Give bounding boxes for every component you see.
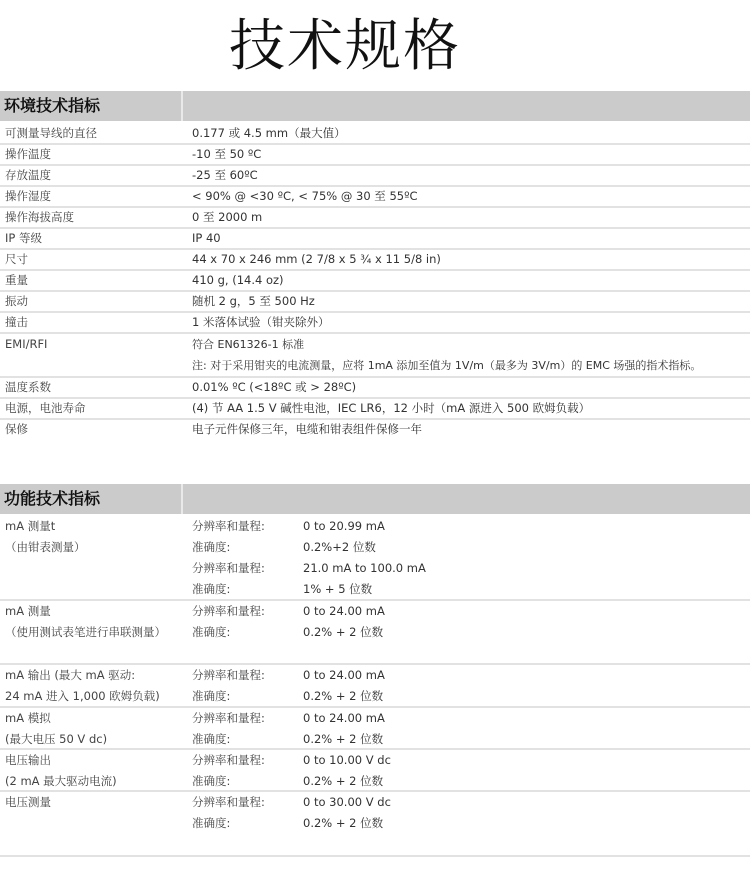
spec-line: 分辨率和量程:0 to 10.00 V dc <box>192 750 750 771</box>
spec-line: 分辨率和量程:21.0 mA to 100.0 mA <box>192 558 750 579</box>
spec-line: 准确度:0.2% + 2 位数 <box>192 622 750 643</box>
spec-key: 分辨率和量程: <box>192 792 303 813</box>
spec-value: 21.0 mA to 100.0 mA <box>303 558 426 579</box>
spec-value: 随机 2 g，5 至 500 Hz <box>188 292 750 311</box>
spec-group: mA 测量 （使用测试表笔进行串联测量） 分辨率和量程:0 to 24.00 m… <box>0 601 750 665</box>
spec-label: 撞击 <box>0 313 188 332</box>
spec-value: 0.2%+2 位数 <box>303 537 376 558</box>
spec-value-line: IP 40 <box>192 229 750 248</box>
spec-value: 1 米落体试验（钳夹除外） <box>188 313 750 332</box>
page-title: 技术规格 <box>0 12 690 82</box>
spec-key: 准确度: <box>192 729 303 750</box>
spec-key: 分辨率和量程: <box>192 750 303 771</box>
group-label-line: 电压测量 <box>5 792 192 813</box>
spec-line: 准确度:0.2% + 2 位数 <box>192 686 750 707</box>
spec-value: 44 x 70 x 246 mm (2 7/8 x 5 ¾ x 11 5/8 i… <box>188 250 750 269</box>
group-label-line: （使用测试表笔进行串联测量） <box>5 622 192 643</box>
environmental-spec-table: 可测量导线的直径0.177 或 4.5 mm（最大值） 操作温度-10 至 50… <box>0 124 750 439</box>
spec-value: 电子元件保修三年，电缆和钳表组件保修一年 <box>188 420 750 439</box>
section-header-environmental: 环境技术指标 <box>0 91 750 121</box>
spec-value: 0 to 24.00 mA <box>303 708 385 729</box>
spec-value-note: 注: 对于采用钳夹的电流测量，应将 1mA 添加至值为 1V/m（最多为 3V/… <box>192 355 750 376</box>
spec-key: 分辨率和量程: <box>192 516 303 537</box>
functional-spec-table: mA 测量t （由钳表测量） 分辨率和量程:0 to 20.99 mA 准确度:… <box>0 516 750 857</box>
spec-group: 电压输出 (2 mA 最大驱动电流) 分辨率和量程:0 to 10.00 V d… <box>0 750 750 792</box>
group-specs: 分辨率和量程:0 to 20.99 mA 准确度:0.2%+2 位数 分辨率和量… <box>192 516 750 599</box>
spec-key: 分辨率和量程: <box>192 665 303 686</box>
group-specs: 分辨率和量程:0 to 30.00 V dc 准确度:0.2% + 2 位数 <box>192 792 750 855</box>
spec-label: EMI/RFI <box>0 334 188 376</box>
table-row: 保修电子元件保修三年，电缆和钳表组件保修一年 <box>0 420 750 439</box>
spec-label: 电源，电池寿命 <box>0 399 188 418</box>
spec-label: IP 等级 <box>0 229 188 248</box>
spec-value: 符合 EN61326-1 标准注: 对于采用钳夹的电流测量，应将 1mA 添加至… <box>188 334 750 376</box>
spec-value: 410 g, (14.4 oz) <box>188 271 750 290</box>
table-row: 操作海拔高度0 至 2000 m <box>0 208 750 229</box>
section-title: 环境技术指标 <box>0 91 183 121</box>
spec-label: 操作海拔高度 <box>0 208 188 227</box>
spec-line: 准确度:0.2% + 2 位数 <box>192 813 750 834</box>
group-specs: 分辨率和量程:0 to 24.00 mA 准确度:0.2% + 2 位数 <box>192 708 750 748</box>
table-row: 振动随机 2 g，5 至 500 Hz <box>0 292 750 313</box>
group-label-line: 24 mA 进入 1,000 欧姆负载) <box>5 686 192 707</box>
spec-group: 电压测量 分辨率和量程:0 to 30.00 V dc 准确度:0.2% + 2… <box>0 792 750 857</box>
group-label-line: mA 输出 (最大 mA 驱动: <box>5 665 192 686</box>
spec-key: 准确度: <box>192 771 303 792</box>
group-label: mA 输出 (最大 mA 驱动: 24 mA 进入 1,000 欧姆负载) <box>0 665 192 706</box>
section-header-fill <box>183 91 750 121</box>
spec-line: 准确度:1% + 5 位数 <box>192 579 750 600</box>
spec-label: 保修 <box>0 420 188 439</box>
spec-value-line: 电子元件保修三年，电缆和钳表组件保修一年 <box>192 420 750 439</box>
spec-label: 操作温度 <box>0 145 188 164</box>
spec-value-line: 0 至 2000 m <box>192 208 750 227</box>
spec-label: 振动 <box>0 292 188 311</box>
spec-label: 操作湿度 <box>0 187 188 206</box>
spec-value-line: -10 至 50 ºC <box>192 145 750 164</box>
spec-value: < 90% @ <30 ºC, < 75% @ 30 至 55ºC <box>188 187 750 206</box>
spec-value: 0.2% + 2 位数 <box>303 622 383 643</box>
spec-key: 分辨率和量程: <box>192 708 303 729</box>
table-row: 撞击1 米落体试验（钳夹除外） <box>0 313 750 334</box>
spec-value: 0.2% + 2 位数 <box>303 771 383 792</box>
table-row: 存放温度-25 至 60ºC <box>0 166 750 187</box>
spec-value: 0 to 20.99 mA <box>303 516 385 537</box>
spec-line: 准确度:0.2% + 2 位数 <box>192 771 750 792</box>
spec-key: 准确度: <box>192 537 303 558</box>
spec-value-line: 1 米落体试验（钳夹除外） <box>192 313 750 332</box>
spec-group: mA 输出 (最大 mA 驱动: 24 mA 进入 1,000 欧姆负载) 分辨… <box>0 665 750 708</box>
spec-line: 准确度:0.2%+2 位数 <box>192 537 750 558</box>
spec-line: 分辨率和量程:0 to 30.00 V dc <box>192 792 750 813</box>
spec-value-line: < 90% @ <30 ºC, < 75% @ 30 至 55ºC <box>192 187 750 206</box>
spec-label: 尺寸 <box>0 250 188 269</box>
spec-value: 1% + 5 位数 <box>303 579 372 600</box>
group-label: mA 测量 （使用测试表笔进行串联测量） <box>0 601 192 663</box>
spec-value-line: (4) 节 AA 1.5 V 碱性电池，IEC LR6，12 小时（mA 源进入… <box>192 399 750 418</box>
spec-key: 准确度: <box>192 813 303 834</box>
section-header-fill <box>183 484 750 514</box>
table-row: EMI/RFI符合 EN61326-1 标准注: 对于采用钳夹的电流测量，应将 … <box>0 334 750 378</box>
spec-line: 分辨率和量程:0 to 24.00 mA <box>192 708 750 729</box>
section-header-functional: 功能技术指标 <box>0 484 750 514</box>
table-row: IP 等级IP 40 <box>0 229 750 250</box>
spec-group: mA 测量t （由钳表测量） 分辨率和量程:0 to 20.99 mA 准确度:… <box>0 516 750 601</box>
group-label-line: (2 mA 最大驱动电流) <box>5 771 192 792</box>
spec-group: mA 模拟 (最大电压 50 V dc) 分辨率和量程:0 to 24.00 m… <box>0 708 750 750</box>
spec-value: 0.2% + 2 位数 <box>303 813 383 834</box>
spec-value: 0 to 10.00 V dc <box>303 750 391 771</box>
spec-line: 分辨率和量程:0 to 24.00 mA <box>192 601 750 622</box>
spec-key: 准确度: <box>192 622 303 643</box>
spec-value-line: -25 至 60ºC <box>192 166 750 185</box>
spec-value: IP 40 <box>188 229 750 248</box>
group-specs: 分辨率和量程:0 to 24.00 mA 准确度:0.2% + 2 位数 <box>192 601 750 663</box>
group-label: mA 测量t （由钳表测量） <box>0 516 192 599</box>
group-label: 电压测量 <box>0 792 192 855</box>
spec-key: 准确度: <box>192 579 303 600</box>
section-title: 功能技术指标 <box>0 484 183 514</box>
spec-label: 温度系数 <box>0 378 188 397</box>
table-row: 电源，电池寿命(4) 节 AA 1.5 V 碱性电池，IEC LR6，12 小时… <box>0 399 750 420</box>
spec-label: 重量 <box>0 271 188 290</box>
group-label-line: mA 模拟 <box>5 708 192 729</box>
group-label-line: mA 测量 <box>5 601 192 622</box>
spec-value: 0 to 30.00 V dc <box>303 792 391 813</box>
spec-value-line: 0.01% ºC (<18ºC 或 > 28ºC) <box>192 378 750 397</box>
spec-value: -10 至 50 ºC <box>188 145 750 164</box>
group-specs: 分辨率和量程:0 to 10.00 V dc 准确度:0.2% + 2 位数 <box>192 750 750 790</box>
spec-key: 分辨率和量程: <box>192 558 303 579</box>
spec-value: 0.177 或 4.5 mm（最大值） <box>188 124 750 143</box>
table-row: 重量410 g, (14.4 oz) <box>0 271 750 292</box>
group-label: 电压输出 (2 mA 最大驱动电流) <box>0 750 192 790</box>
table-row: 操作湿度< 90% @ <30 ºC, < 75% @ 30 至 55ºC <box>0 187 750 208</box>
spec-value-line: 符合 EN61326-1 标准 <box>192 334 750 355</box>
spec-value: 0.2% + 2 位数 <box>303 686 383 707</box>
spec-label: 可测量导线的直径 <box>0 124 188 143</box>
group-label-line: (最大电压 50 V dc) <box>5 729 192 750</box>
spec-value: 0.2% + 2 位数 <box>303 729 383 750</box>
group-label-line: 电压输出 <box>5 750 192 771</box>
spec-key: 分辨率和量程: <box>192 601 303 622</box>
spec-value-line: 随机 2 g，5 至 500 Hz <box>192 292 750 311</box>
spec-line: 准确度:0.2% + 2 位数 <box>192 729 750 750</box>
spec-value: (4) 节 AA 1.5 V 碱性电池，IEC LR6，12 小时（mA 源进入… <box>188 399 750 418</box>
spec-value: 0 to 24.00 mA <box>303 665 385 686</box>
spec-line: 分辨率和量程:0 to 20.99 mA <box>192 516 750 537</box>
spec-value: -25 至 60ºC <box>188 166 750 185</box>
spec-line: 分辨率和量程:0 to 24.00 mA <box>192 665 750 686</box>
spec-value: 0.01% ºC (<18ºC 或 > 28ºC) <box>188 378 750 397</box>
spec-value-line: 410 g, (14.4 oz) <box>192 271 750 290</box>
table-row: 可测量导线的直径0.177 或 4.5 mm（最大值） <box>0 124 750 145</box>
table-row: 尺寸44 x 70 x 246 mm (2 7/8 x 5 ¾ x 11 5/8… <box>0 250 750 271</box>
spec-value-line: 44 x 70 x 246 mm (2 7/8 x 5 ¾ x 11 5/8 i… <box>192 250 750 269</box>
spec-value: 0 to 24.00 mA <box>303 601 385 622</box>
group-label: mA 模拟 (最大电压 50 V dc) <box>0 708 192 748</box>
spec-key: 准确度: <box>192 686 303 707</box>
table-row: 操作温度-10 至 50 ºC <box>0 145 750 166</box>
table-row: 温度系数0.01% ºC (<18ºC 或 > 28ºC) <box>0 378 750 399</box>
spec-value-line: 0.177 或 4.5 mm（最大值） <box>192 124 750 143</box>
group-label-line: （由钳表测量） <box>5 537 192 558</box>
group-label-line: mA 测量t <box>5 516 192 537</box>
spec-value: 0 至 2000 m <box>188 208 750 227</box>
spec-label: 存放温度 <box>0 166 188 185</box>
group-specs: 分辨率和量程:0 to 24.00 mA 准确度:0.2% + 2 位数 <box>192 665 750 706</box>
